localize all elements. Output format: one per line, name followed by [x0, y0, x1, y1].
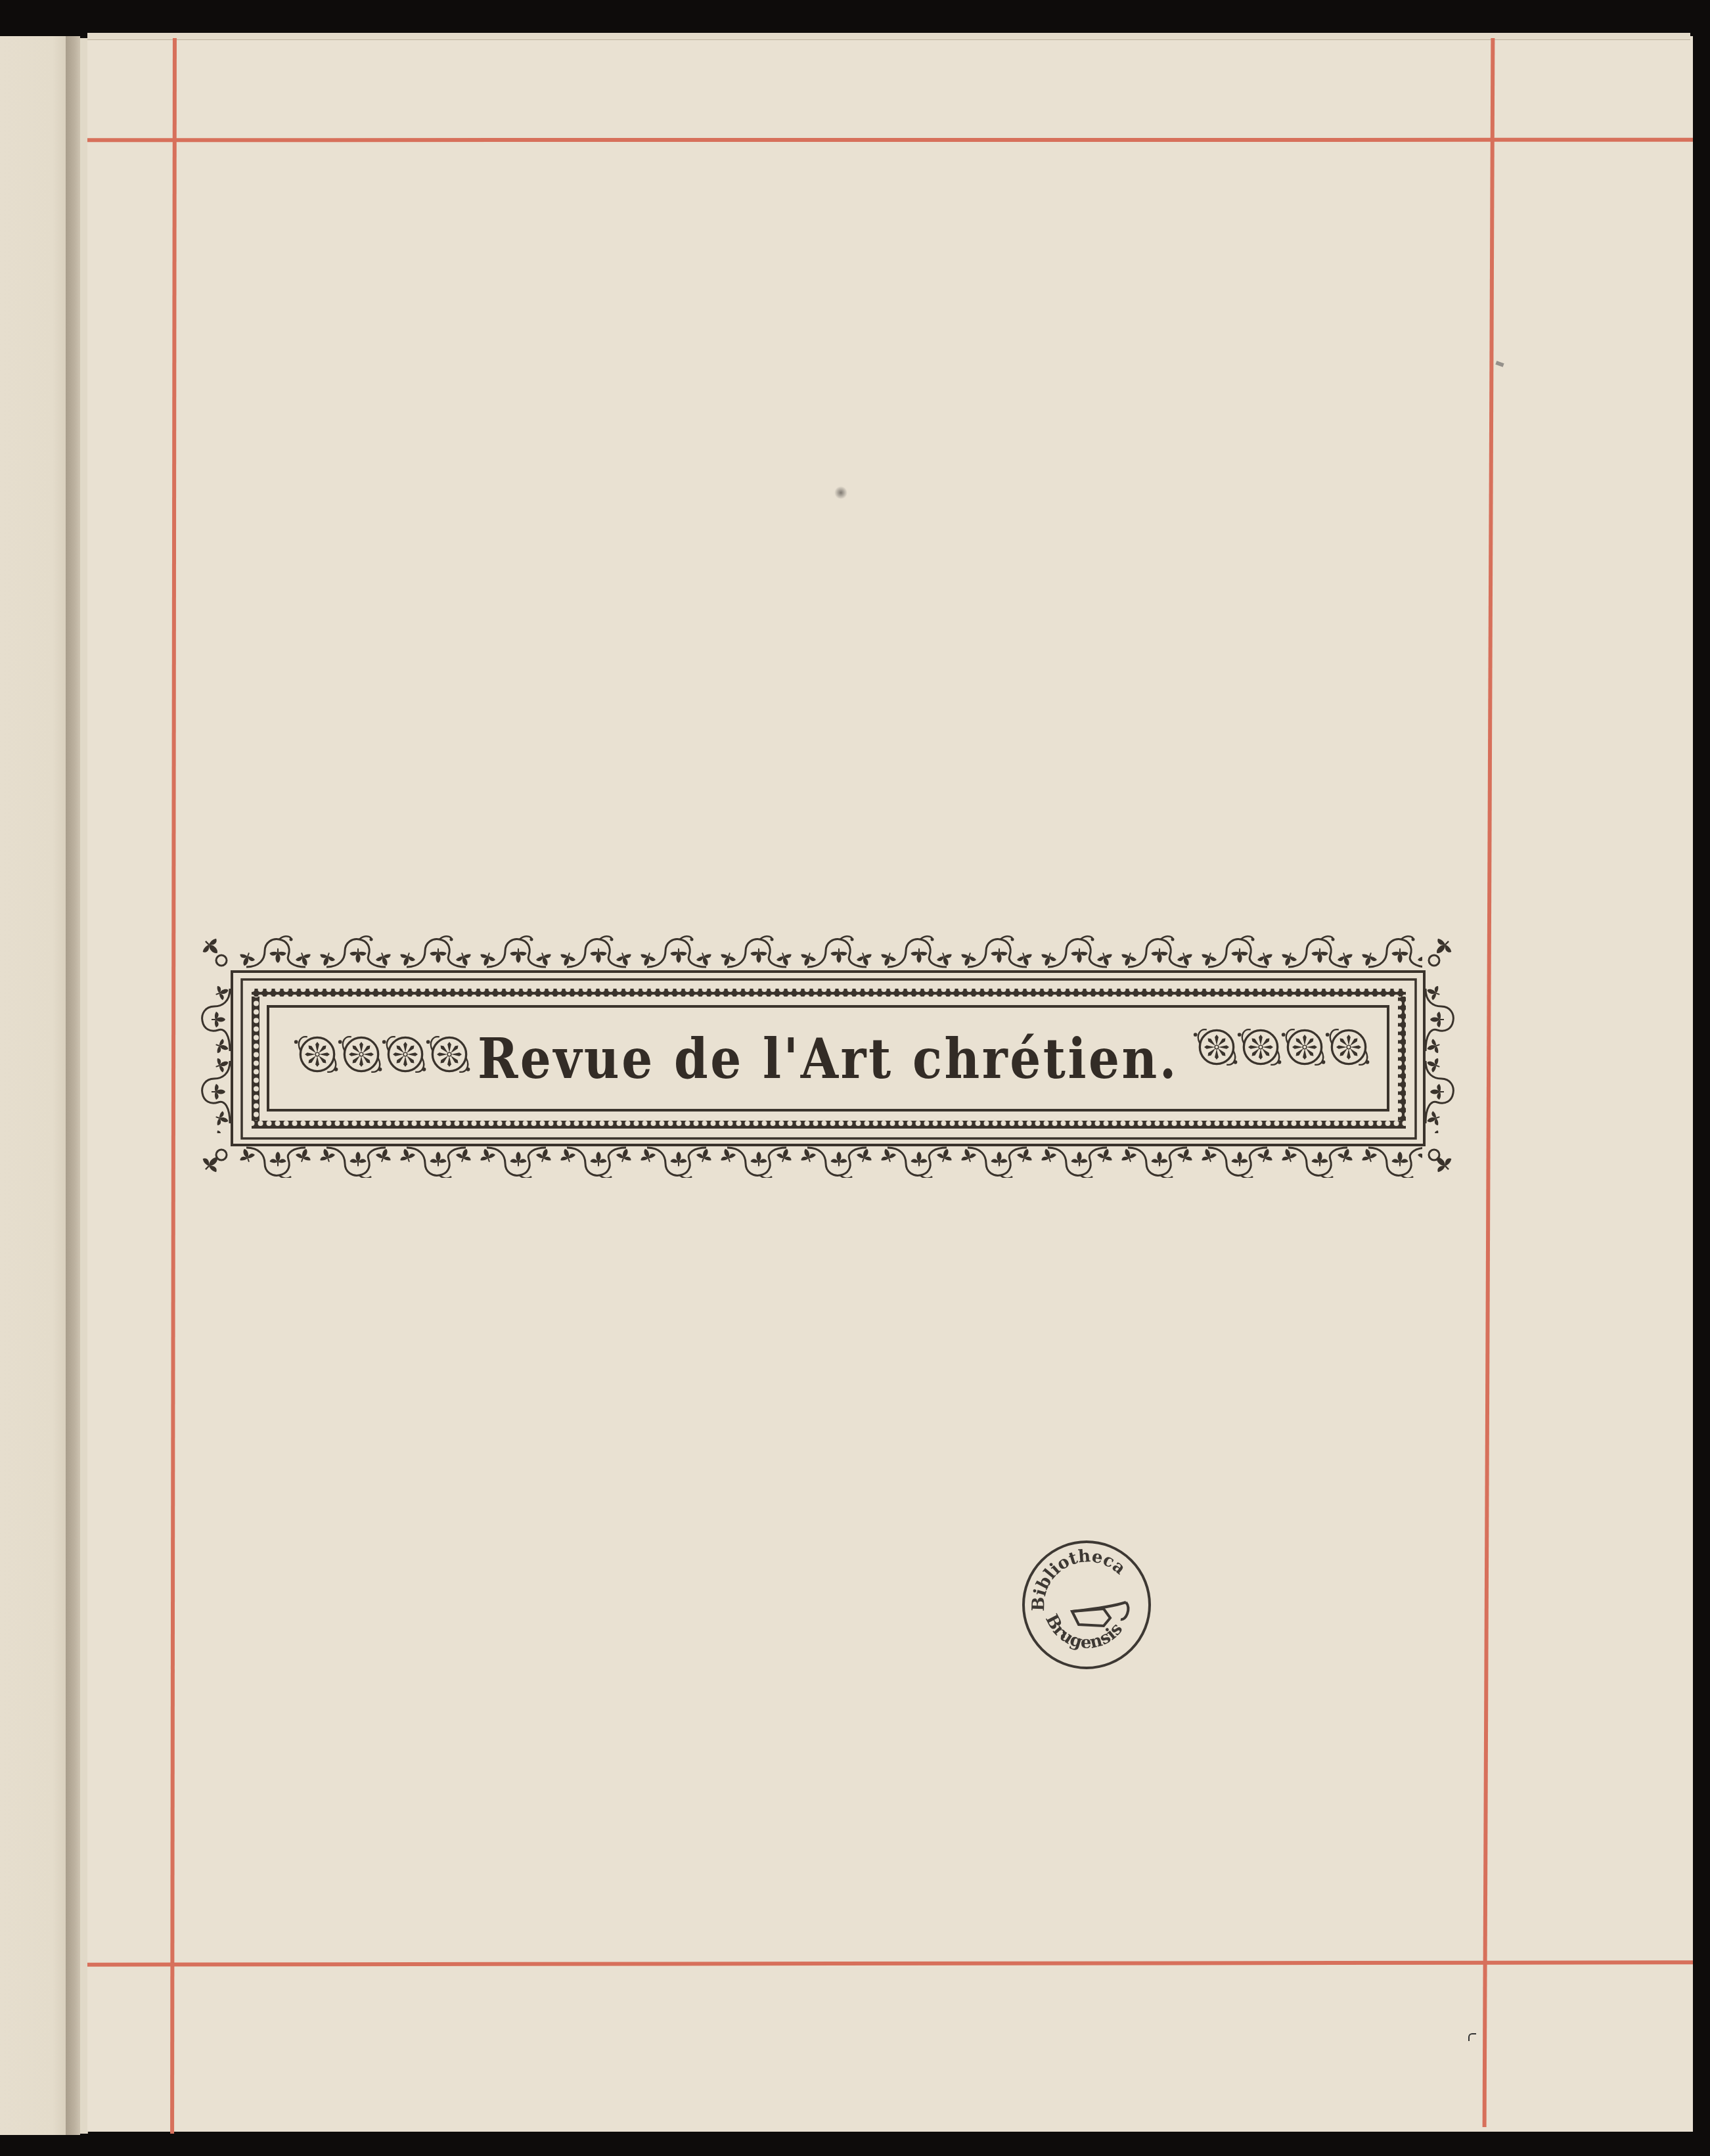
stamp-emblem-icon: [1072, 1602, 1128, 1626]
library-stamp: Bibliotheca Brugensis: [1018, 1534, 1156, 1672]
page-top-edge: [87, 33, 1690, 40]
stamp-text-top: Bibliotheca: [1029, 1546, 1129, 1611]
stamp-text-bottom: Brugensis: [1041, 1611, 1127, 1653]
pencil-mark: [1468, 2033, 1476, 2041]
publication-title: Revue de l'Art chrétien.: [335, 1006, 1320, 1110]
adjacent-page: [0, 36, 66, 2135]
gutter-shadow: [66, 36, 80, 2135]
paper-speck: [834, 486, 847, 499]
margin-rule-top: [87, 138, 1693, 142]
